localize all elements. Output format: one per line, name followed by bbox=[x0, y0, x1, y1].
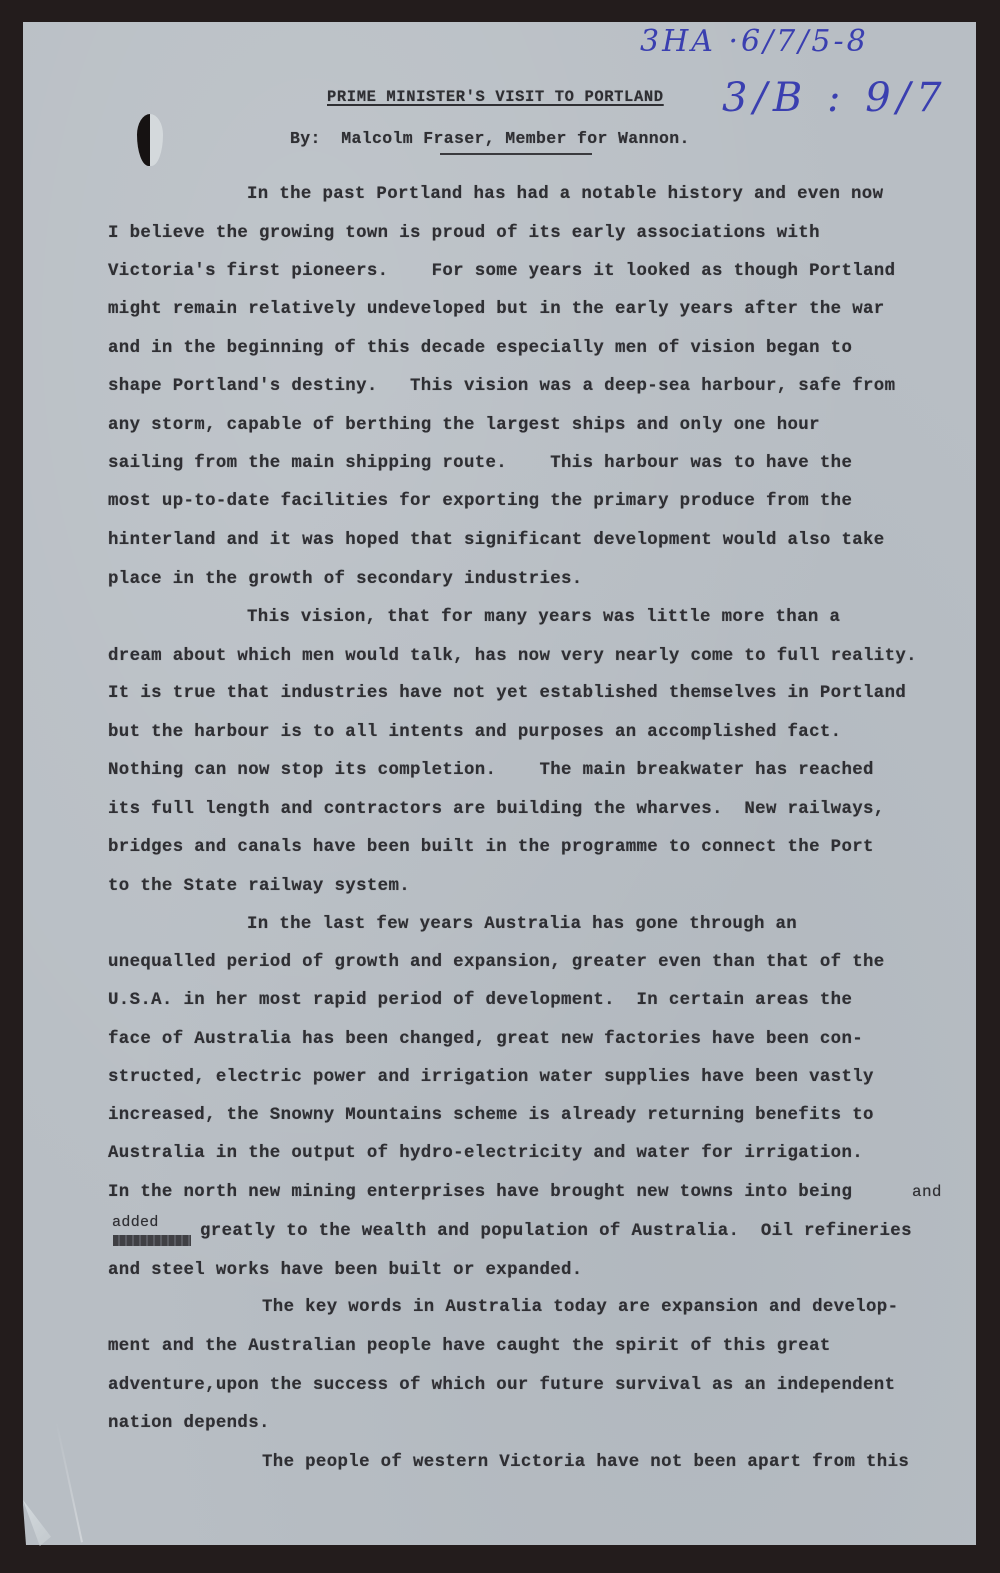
body-line: its full length and contractors are buil… bbox=[108, 800, 885, 819]
body-line: Australia in the output of hydro-electri… bbox=[108, 1144, 863, 1163]
inserted-word-added: added bbox=[112, 1214, 159, 1231]
struck-out-word bbox=[113, 1235, 191, 1246]
body-line: and in the beginning of this decade espe… bbox=[108, 339, 852, 358]
byline: By: Malcolm Fraser, Member for Wannon. bbox=[290, 129, 690, 148]
byline-underline bbox=[440, 153, 592, 155]
body-line: most up-to-date facilities for exporting… bbox=[108, 492, 852, 511]
body-line: dream about which men would talk, has no… bbox=[108, 647, 917, 666]
body-line: unequalled period of growth and expansio… bbox=[108, 953, 885, 972]
body-line: In the last few years Australia has gone… bbox=[247, 915, 797, 934]
body-line: U.S.A. in her most rapid period of devel… bbox=[108, 991, 852, 1010]
body-line: The people of western Victoria have not … bbox=[262, 1453, 909, 1472]
body-line: any storm, capable of berthing the large… bbox=[108, 416, 820, 435]
body-line: but the harbour is to all intents and pu… bbox=[108, 723, 841, 742]
body-line: This vision, that for many years was lit… bbox=[247, 608, 840, 627]
body-line: nation depends. bbox=[108, 1414, 270, 1433]
body-line: Nothing can now stop its completion. The… bbox=[108, 761, 874, 780]
body-line: shape Portland's destiny. This vision wa… bbox=[108, 377, 895, 396]
body-line: hinterland and it was hoped that signifi… bbox=[108, 531, 885, 550]
body-line: sailing from the main shipping route. Th… bbox=[108, 454, 852, 473]
body-line: increased, the Snowny Mountains scheme i… bbox=[108, 1106, 874, 1125]
body-line: structed, electric power and irrigation … bbox=[108, 1068, 874, 1087]
handwritten-reference-1: 3HA ·6/7/5-8 bbox=[640, 24, 869, 59]
body-line: to the State railway system. bbox=[108, 877, 410, 896]
body-line: In the north new mining enterprises have… bbox=[108, 1183, 852, 1202]
body-line: In the past Portland has had a notable h… bbox=[247, 185, 883, 204]
body-line: adventure,upon the success of which our … bbox=[108, 1376, 895, 1395]
body-line: ment and the Australian people have caug… bbox=[108, 1337, 831, 1356]
handwritten-reference-2: 3/B : 9/7 bbox=[722, 75, 948, 121]
body-line: I believe the growing town is proud of i… bbox=[108, 224, 820, 243]
inserted-word-and: and bbox=[912, 1183, 942, 1201]
body-line: The key words in Australia today are exp… bbox=[262, 1298, 898, 1317]
body-line: and steel works have been built or expan… bbox=[108, 1261, 583, 1280]
body-line: face of Australia has been changed, grea… bbox=[108, 1030, 863, 1049]
body-line: bridges and canals have been built in th… bbox=[108, 838, 874, 857]
body-line: Victoria's first pioneers. For some year… bbox=[108, 262, 895, 281]
body-line: It is true that industries have not yet … bbox=[108, 684, 906, 703]
document-title: PRIME MINISTER'S VISIT TO PORTLAND bbox=[327, 88, 664, 106]
body-line: greatly to the wealth and population of … bbox=[200, 1222, 912, 1241]
body-line: might remain relatively undeveloped but … bbox=[108, 300, 885, 319]
body-line: place in the growth of secondary industr… bbox=[108, 570, 583, 589]
